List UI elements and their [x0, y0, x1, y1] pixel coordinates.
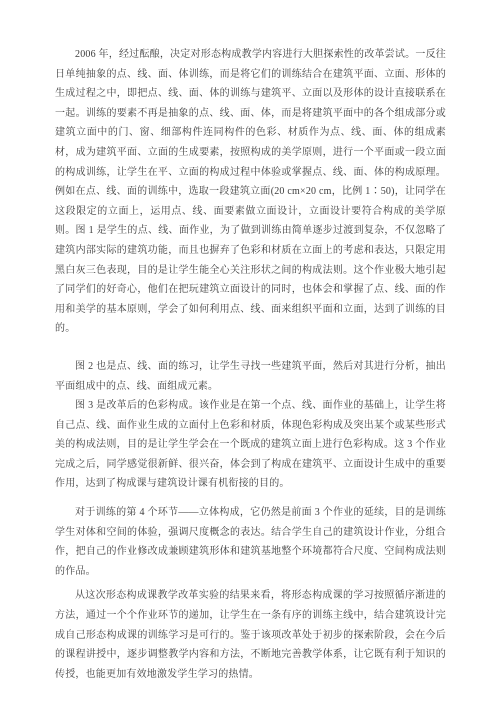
document-page: 2006 年，经过酝酿，决定对形态构成教学内容进行大胆探索性的改革尝试。一反往日…	[0, 0, 500, 707]
paragraph-intro-reform: 2006 年，经过酝酿，决定对形态构成教学内容进行大胆探索性的改革尝试。一反往日…	[55, 45, 446, 339]
paragraph-conclusion: 从这次形态构成课教学改革实验的结果来看，将形态构成课的学习按照循序渐进的方法，通…	[55, 586, 446, 684]
paragraph-step4-solid-composition: 对于训练的第 4 个环节——立体构成，它仍然是前面 3 个作业的延续，目的是训练…	[55, 503, 446, 581]
paragraph-figure2-exercise: 图 2 也是点、线、面的练习，让学生寻找一些建筑平面，然后对其进行分析，抽出平面…	[55, 357, 446, 396]
text-block: 2006 年，经过酝酿，决定对形态构成教学内容进行大胆探索性的改革尝试。一反往日…	[55, 45, 446, 684]
paragraph-figure3-color-composition: 图 3 是改革后的色彩构成。该作业是在第一个点、线、面作业的基础上，让学生将自己…	[55, 396, 446, 494]
